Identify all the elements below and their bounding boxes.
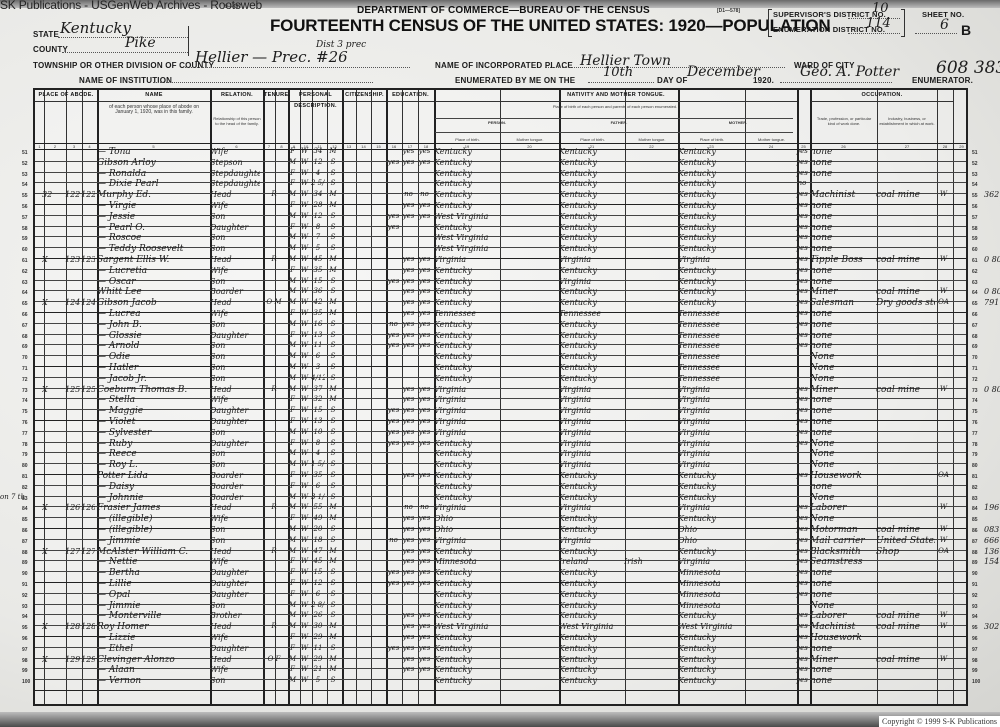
line-number-right: 93	[972, 604, 978, 610]
cell-english: yes	[796, 331, 808, 339]
cell-birth: West Virginia	[434, 622, 498, 631]
line-number: 89	[22, 560, 28, 566]
cell-age: 20	[311, 525, 325, 533]
cell-birth: Kentucky	[434, 579, 498, 588]
line-number: 79	[22, 452, 28, 458]
cell-race: W	[299, 201, 310, 209]
cell-race: W	[299, 633, 310, 641]
cell-write: yes	[417, 568, 432, 576]
cell-sex: F	[287, 331, 298, 339]
cell-age: 11	[311, 341, 325, 349]
cell-trade: none	[810, 676, 875, 686]
cell-marital: M	[326, 395, 340, 403]
cell-mother: Tennessee	[678, 374, 743, 383]
cell-sex: M	[287, 244, 298, 252]
cell-name: McAlster William C.	[97, 547, 207, 557]
line-number: 97	[22, 647, 28, 653]
cell-school: no	[386, 320, 401, 328]
cell-read: yes	[401, 644, 416, 652]
margin-note: 0 80	[984, 385, 1000, 394]
site-title: SK Publications - USGenWeb Archives - Ro…	[0, 0, 262, 12]
line-number: 53	[22, 172, 28, 178]
line-number-right: 69	[972, 344, 978, 350]
cell-english: yes	[796, 590, 808, 598]
district-brace-left	[768, 9, 772, 37]
cell-age: 21	[311, 665, 325, 673]
cell-english: yes	[796, 320, 808, 328]
cell-street: X	[42, 655, 64, 664]
cell-name: — John B.	[97, 320, 207, 330]
cell-trade: None	[810, 352, 875, 362]
enumerated-month: December	[687, 64, 760, 80]
cell-mother: Virginia	[678, 449, 743, 458]
cell-read: yes	[401, 201, 416, 209]
cell-race: W	[299, 590, 310, 598]
cell-sex: F	[287, 266, 298, 274]
cell-age: 4	[311, 449, 325, 457]
incorporated-label: NAME OF INCORPORATED PLACE	[435, 61, 573, 70]
cell-name: — Roy L.	[97, 460, 207, 470]
cell-class: W	[936, 385, 951, 393]
cell-sex: M	[287, 493, 298, 501]
cell-race: W	[299, 644, 310, 652]
cell-english: yes	[796, 385, 808, 393]
enumerator-name: Geo. A. Potter	[800, 64, 899, 80]
cell-marital: S	[326, 536, 340, 544]
cell-school: yes	[386, 579, 401, 587]
cell-english: yes	[796, 514, 808, 522]
cell-marital: M	[326, 385, 340, 393]
cell-industry: Dry goods store	[876, 298, 935, 308]
cell-trade: Seamstress	[810, 557, 875, 567]
cell-father: Kentucky	[559, 471, 623, 480]
cell-age: 10	[311, 428, 325, 436]
line-number-right: 75	[972, 409, 978, 415]
cell-relation: Head	[210, 385, 260, 394]
cell-write: yes	[417, 320, 432, 328]
cell-mother: Kentucky	[678, 147, 743, 156]
cell-birth: Kentucky	[434, 601, 498, 610]
industry-header: Industry, business, or establishment in …	[879, 116, 935, 126]
line-number: 81	[22, 474, 28, 480]
cell-write: no	[417, 190, 432, 198]
cell-trade: none	[810, 212, 875, 222]
cell-age: 8	[311, 439, 325, 447]
cell-sex: M	[287, 385, 298, 393]
census-title: FOURTEENTH CENSUS OF THE UNITED STATES: …	[270, 16, 830, 36]
cell-age: 16	[311, 320, 325, 328]
line-number-right: 89	[972, 560, 978, 566]
cell-write: yes	[417, 385, 432, 393]
cell-name: — Oscar	[97, 277, 207, 287]
cell-name: — Odie	[97, 352, 207, 362]
cell-relation: Wife	[210, 201, 260, 210]
cell-trade: none	[810, 579, 875, 589]
cell-marital: S	[326, 233, 340, 241]
cell-father: Virginia	[559, 439, 623, 448]
cell-write: yes	[417, 547, 432, 555]
cell-write: yes	[417, 633, 432, 641]
cell-sex: F	[287, 665, 298, 673]
day-underline	[588, 82, 654, 83]
cell-sex: F	[287, 482, 298, 490]
cell-school: yes	[386, 331, 401, 339]
cell-trade: None	[810, 514, 875, 524]
cell-name: — Lizzie	[97, 633, 207, 643]
cell-name: — Lucrea	[97, 309, 207, 319]
cell-street: X	[42, 503, 64, 512]
cell-sex: F	[287, 557, 298, 565]
cell-write: yes	[417, 439, 432, 447]
cell-english: yes	[796, 233, 808, 241]
cell-name: — Pearl O.	[97, 223, 207, 233]
line-number-right: 65	[972, 301, 978, 307]
line-number-right: 66	[972, 312, 978, 318]
line-number-right: 68	[972, 334, 978, 340]
cell-age: 34	[311, 190, 325, 198]
cell-write: yes	[417, 212, 432, 220]
cell-dwelling: 128	[65, 622, 80, 631]
cell-sex: M	[287, 363, 298, 371]
cell-sex: M	[287, 428, 298, 436]
cell-name: — Jimmie	[97, 536, 207, 546]
cell-marital: M	[326, 201, 340, 209]
cell-age: 28	[311, 201, 325, 209]
census-year: 1920.	[753, 76, 774, 85]
day-of-label: DAY OF	[657, 76, 688, 85]
line-number-right: 98	[972, 658, 978, 664]
line-number: 56	[22, 204, 28, 210]
cell-birth: Kentucky	[434, 341, 498, 350]
cell-relation: Son	[210, 536, 260, 545]
cell-marital: S	[326, 244, 340, 252]
line-number: 95	[22, 625, 28, 631]
line-number-right: 61	[972, 258, 978, 264]
cell-race: W	[299, 385, 310, 393]
cell-name: — Vernon	[97, 676, 207, 686]
department-title: DEPARTMENT OF COMMERCE—BUREAU OF THE CEN…	[357, 5, 650, 16]
cell-family: 126	[81, 503, 95, 512]
cell-race: W	[299, 428, 310, 436]
cell-read: yes	[401, 514, 416, 522]
cell-sex: F	[287, 179, 298, 187]
cell-birth: West Virginia	[434, 212, 498, 221]
township-label: TOWNSHIP OR OTHER DIVISION OF COUNTY	[33, 61, 214, 70]
cell-relation: Daughter	[210, 590, 260, 599]
cell-marital: S	[326, 482, 340, 490]
cell-father: Kentucky	[559, 158, 623, 167]
group-education: EDUCATION.	[387, 90, 434, 102]
cell-industry: United States Govt	[876, 536, 935, 546]
line-number: 65	[22, 301, 28, 307]
cell-birth: Kentucky	[434, 611, 498, 620]
form-number: 9—497	[225, 4, 241, 10]
cell-trade: none	[810, 482, 875, 492]
cell-father: Kentucky	[559, 493, 623, 502]
cell-english: yes	[796, 536, 808, 544]
cell-father: Kentucky	[559, 611, 623, 620]
cell-read: yes	[401, 277, 416, 285]
cell-read: yes	[401, 622, 416, 630]
cell-mother: Minnesota	[678, 590, 743, 599]
cell-relation: Son	[210, 449, 260, 458]
cell-mother: Kentucky	[678, 266, 743, 275]
cell-father: Kentucky	[559, 147, 623, 156]
cell-race: W	[299, 655, 310, 663]
cell-marital: S	[326, 352, 340, 360]
cell-race: W	[299, 611, 310, 619]
line-number: 85	[22, 517, 28, 523]
cell-marital: S	[326, 212, 340, 220]
cell-write: yes	[417, 557, 432, 565]
cell-marital: S	[326, 590, 340, 598]
cell-street: X	[42, 547, 64, 556]
cell-father: Kentucky	[559, 374, 623, 383]
cell-write: yes	[417, 158, 432, 166]
cell-sex: F	[287, 644, 298, 652]
line-number: 61	[22, 258, 28, 264]
cell-write: yes	[417, 665, 432, 673]
cell-english: yes	[796, 223, 808, 231]
line-number: 80	[22, 463, 28, 469]
cell-birth: Kentucky	[434, 482, 498, 491]
cell-relation: Wife	[210, 665, 260, 674]
cell-birth: Virginia	[434, 503, 498, 512]
cell-name: Gibson Jacob	[97, 298, 207, 308]
cell-race: W	[299, 190, 310, 198]
cell-class: W	[936, 655, 951, 663]
cell-sex: M	[287, 190, 298, 198]
line-number: 70	[22, 355, 28, 361]
cell-birth: Ohio	[434, 514, 498, 523]
cell-mother: Kentucky	[678, 633, 743, 642]
cell-birth: Virginia	[434, 417, 498, 426]
cell-race: W	[299, 363, 310, 371]
form-code: [D1—578]	[717, 8, 740, 14]
margin-note: 666	[984, 536, 999, 545]
cell-mother: Kentucky	[678, 223, 743, 232]
cell-own: R	[262, 385, 286, 393]
group-occupation: OCCUPATION.	[811, 90, 953, 102]
cell-dwelling: 126	[65, 503, 80, 512]
cell-race: W	[299, 212, 310, 220]
cell-race: W	[299, 601, 310, 609]
cell-race: W	[299, 395, 310, 403]
cell-birth: Kentucky	[434, 665, 498, 674]
cell-age: 12	[311, 579, 325, 587]
county-value: Pike	[125, 35, 156, 51]
cell-trade: none	[810, 277, 875, 287]
cell-read: yes	[401, 298, 416, 306]
line-number-right: 56	[972, 204, 978, 210]
institution-underline	[153, 82, 373, 83]
cell-birth: Kentucky	[434, 363, 498, 372]
cell-write: yes	[417, 201, 432, 209]
cell-relation: Stepdaughter	[210, 179, 260, 188]
cell-relation: Son	[210, 374, 260, 383]
cell-own: R	[262, 503, 286, 511]
sheet-value: 6	[940, 17, 949, 33]
cell-mother: Tennessee	[678, 341, 743, 350]
margin-note: 136	[984, 547, 999, 556]
cell-relation: Son	[210, 244, 260, 253]
cell-relation: Wife	[210, 514, 260, 523]
cell-father: Virginia	[559, 460, 623, 469]
cell-sex: M	[287, 525, 298, 533]
district-brace-right	[901, 9, 905, 37]
cell-mother: Kentucky	[678, 190, 743, 199]
cell-own: O F	[262, 655, 286, 663]
cell-name: — Daisy	[97, 482, 207, 492]
line-number: 62	[22, 269, 28, 275]
cell-race: W	[299, 255, 310, 263]
cell-mother: Kentucky	[678, 277, 743, 286]
state-label: STATE	[33, 30, 59, 39]
line-number: 60	[22, 247, 28, 253]
line-number-right: 80	[972, 463, 978, 469]
cell-birth: Kentucky	[434, 374, 498, 383]
cell-father: Virginia	[559, 255, 623, 264]
cell-english: yes	[796, 147, 808, 155]
line-number-right: 71	[972, 366, 978, 372]
cell-father: Kentucky	[559, 676, 623, 685]
institution-label: NAME OF INSTITUTION	[79, 76, 172, 85]
cell-father: Kentucky	[559, 482, 623, 491]
cell-name: — Dixie Pearl	[97, 179, 207, 189]
cell-birth: Virginia	[434, 385, 498, 394]
cell-sex: M	[287, 320, 298, 328]
cell-name: — Glossie	[97, 331, 207, 341]
cell-trade: None	[810, 449, 875, 459]
enumerated-label: ENUMERATED BY ME ON THE	[455, 76, 575, 85]
line-number: 86	[22, 528, 28, 534]
cell-family: 128	[81, 622, 95, 631]
cell-dwelling: 123	[65, 255, 80, 264]
page-bottom-edge	[0, 712, 1000, 727]
cell-school: yes	[386, 277, 401, 285]
cell-name: — Maggie	[97, 406, 207, 416]
cell-father: Kentucky	[559, 665, 623, 674]
cell-read: yes	[401, 611, 416, 619]
cell-trade: Housework	[810, 471, 875, 481]
cell-birth: Kentucky	[434, 568, 498, 577]
cell-name: Murphy Ed.	[97, 190, 207, 200]
cell-race: W	[299, 266, 310, 274]
cell-age: 15	[311, 568, 325, 576]
cell-marital: M	[326, 503, 340, 511]
cell-birth: Kentucky	[434, 633, 498, 642]
cell-read: yes	[401, 212, 416, 220]
cell-read: yes	[401, 417, 416, 425]
cell-name: — Arnold	[97, 341, 207, 351]
line-number-right: 99	[972, 668, 978, 674]
cell-father: Virginia	[559, 449, 623, 458]
line-number: 84	[22, 506, 28, 512]
cell-english: yes	[796, 266, 808, 274]
line-number: 96	[22, 636, 28, 642]
cell-race: W	[299, 233, 310, 241]
cell-english: yes	[796, 568, 808, 576]
cell-race: W	[299, 665, 310, 673]
cell-race: W	[299, 536, 310, 544]
cell-race: W	[299, 341, 310, 349]
margin-note: 362	[984, 190, 999, 199]
cell-english: yes	[796, 428, 808, 436]
cell-relation: Son	[210, 428, 260, 437]
cell-own: R	[262, 255, 286, 263]
cell-read: yes	[401, 385, 416, 393]
cell-name: — Alaan	[97, 665, 207, 675]
cell-write: yes	[417, 309, 432, 317]
cell-trade: None	[810, 460, 875, 470]
cell-dwelling: 129	[65, 655, 80, 664]
cell-read: yes	[401, 255, 416, 263]
cell-birth: Kentucky	[434, 493, 498, 502]
cell-read: yes	[401, 158, 416, 166]
cell-race: W	[299, 244, 310, 252]
cell-mother: Kentucky	[678, 471, 743, 480]
margin-note: 0 80	[984, 255, 1000, 264]
cell-family: 125	[81, 385, 95, 394]
cell-write: yes	[417, 644, 432, 652]
cell-dwelling: 127	[65, 547, 80, 556]
cell-father: Kentucky	[559, 298, 623, 307]
line-number-right: 64	[972, 290, 978, 296]
cell-street: 32	[42, 190, 64, 199]
line-number: 92	[22, 593, 28, 599]
cell-read: yes	[401, 428, 416, 436]
cell-age: 35	[311, 309, 325, 317]
cell-birth: Tennessee	[434, 309, 498, 318]
cell-street: X	[42, 255, 64, 264]
cell-marital: S	[326, 644, 340, 652]
cell-trade: None	[810, 374, 875, 384]
cell-marital: M	[326, 298, 340, 306]
cell-mother: Virginia	[678, 417, 743, 426]
sheet-side: B	[961, 22, 971, 38]
cell-english: yes	[796, 417, 808, 425]
cell-mother: Virginia	[678, 460, 743, 469]
cell-class: W	[936, 536, 951, 544]
cell-read: yes	[401, 557, 416, 565]
cell-english: yes	[796, 439, 808, 447]
line-number: 71	[22, 366, 28, 372]
cell-trade: None	[810, 439, 875, 449]
enumerator-underline	[780, 82, 892, 83]
cell-english: yes	[796, 244, 808, 252]
cell-sex: M	[287, 212, 298, 220]
cell-marital: S	[326, 320, 340, 328]
line-number-right: 91	[972, 582, 978, 588]
enumerated-day: 10th	[603, 65, 633, 80]
cell-english: yes	[796, 298, 808, 306]
cell-birth: Kentucky	[434, 179, 498, 188]
cell-name: — Teddy Roosevelt	[97, 244, 207, 254]
cell-relation: Son	[210, 212, 260, 221]
cell-birth: Kentucky	[434, 266, 498, 275]
cell-own: R	[262, 190, 286, 198]
cell-marital: M	[326, 255, 340, 263]
person-birthplace-header: Place of birth.	[435, 137, 500, 142]
cell-sex: F	[287, 395, 298, 403]
cell-race: W	[299, 309, 310, 317]
cell-name: Coeburn Thomas B.	[97, 385, 207, 395]
cell-marital: S	[326, 277, 340, 285]
group-name: NAME	[98, 90, 210, 102]
cell-name: — Jimmie	[97, 601, 207, 611]
line-number: 69	[22, 344, 28, 350]
cell-sex: F	[287, 406, 298, 414]
